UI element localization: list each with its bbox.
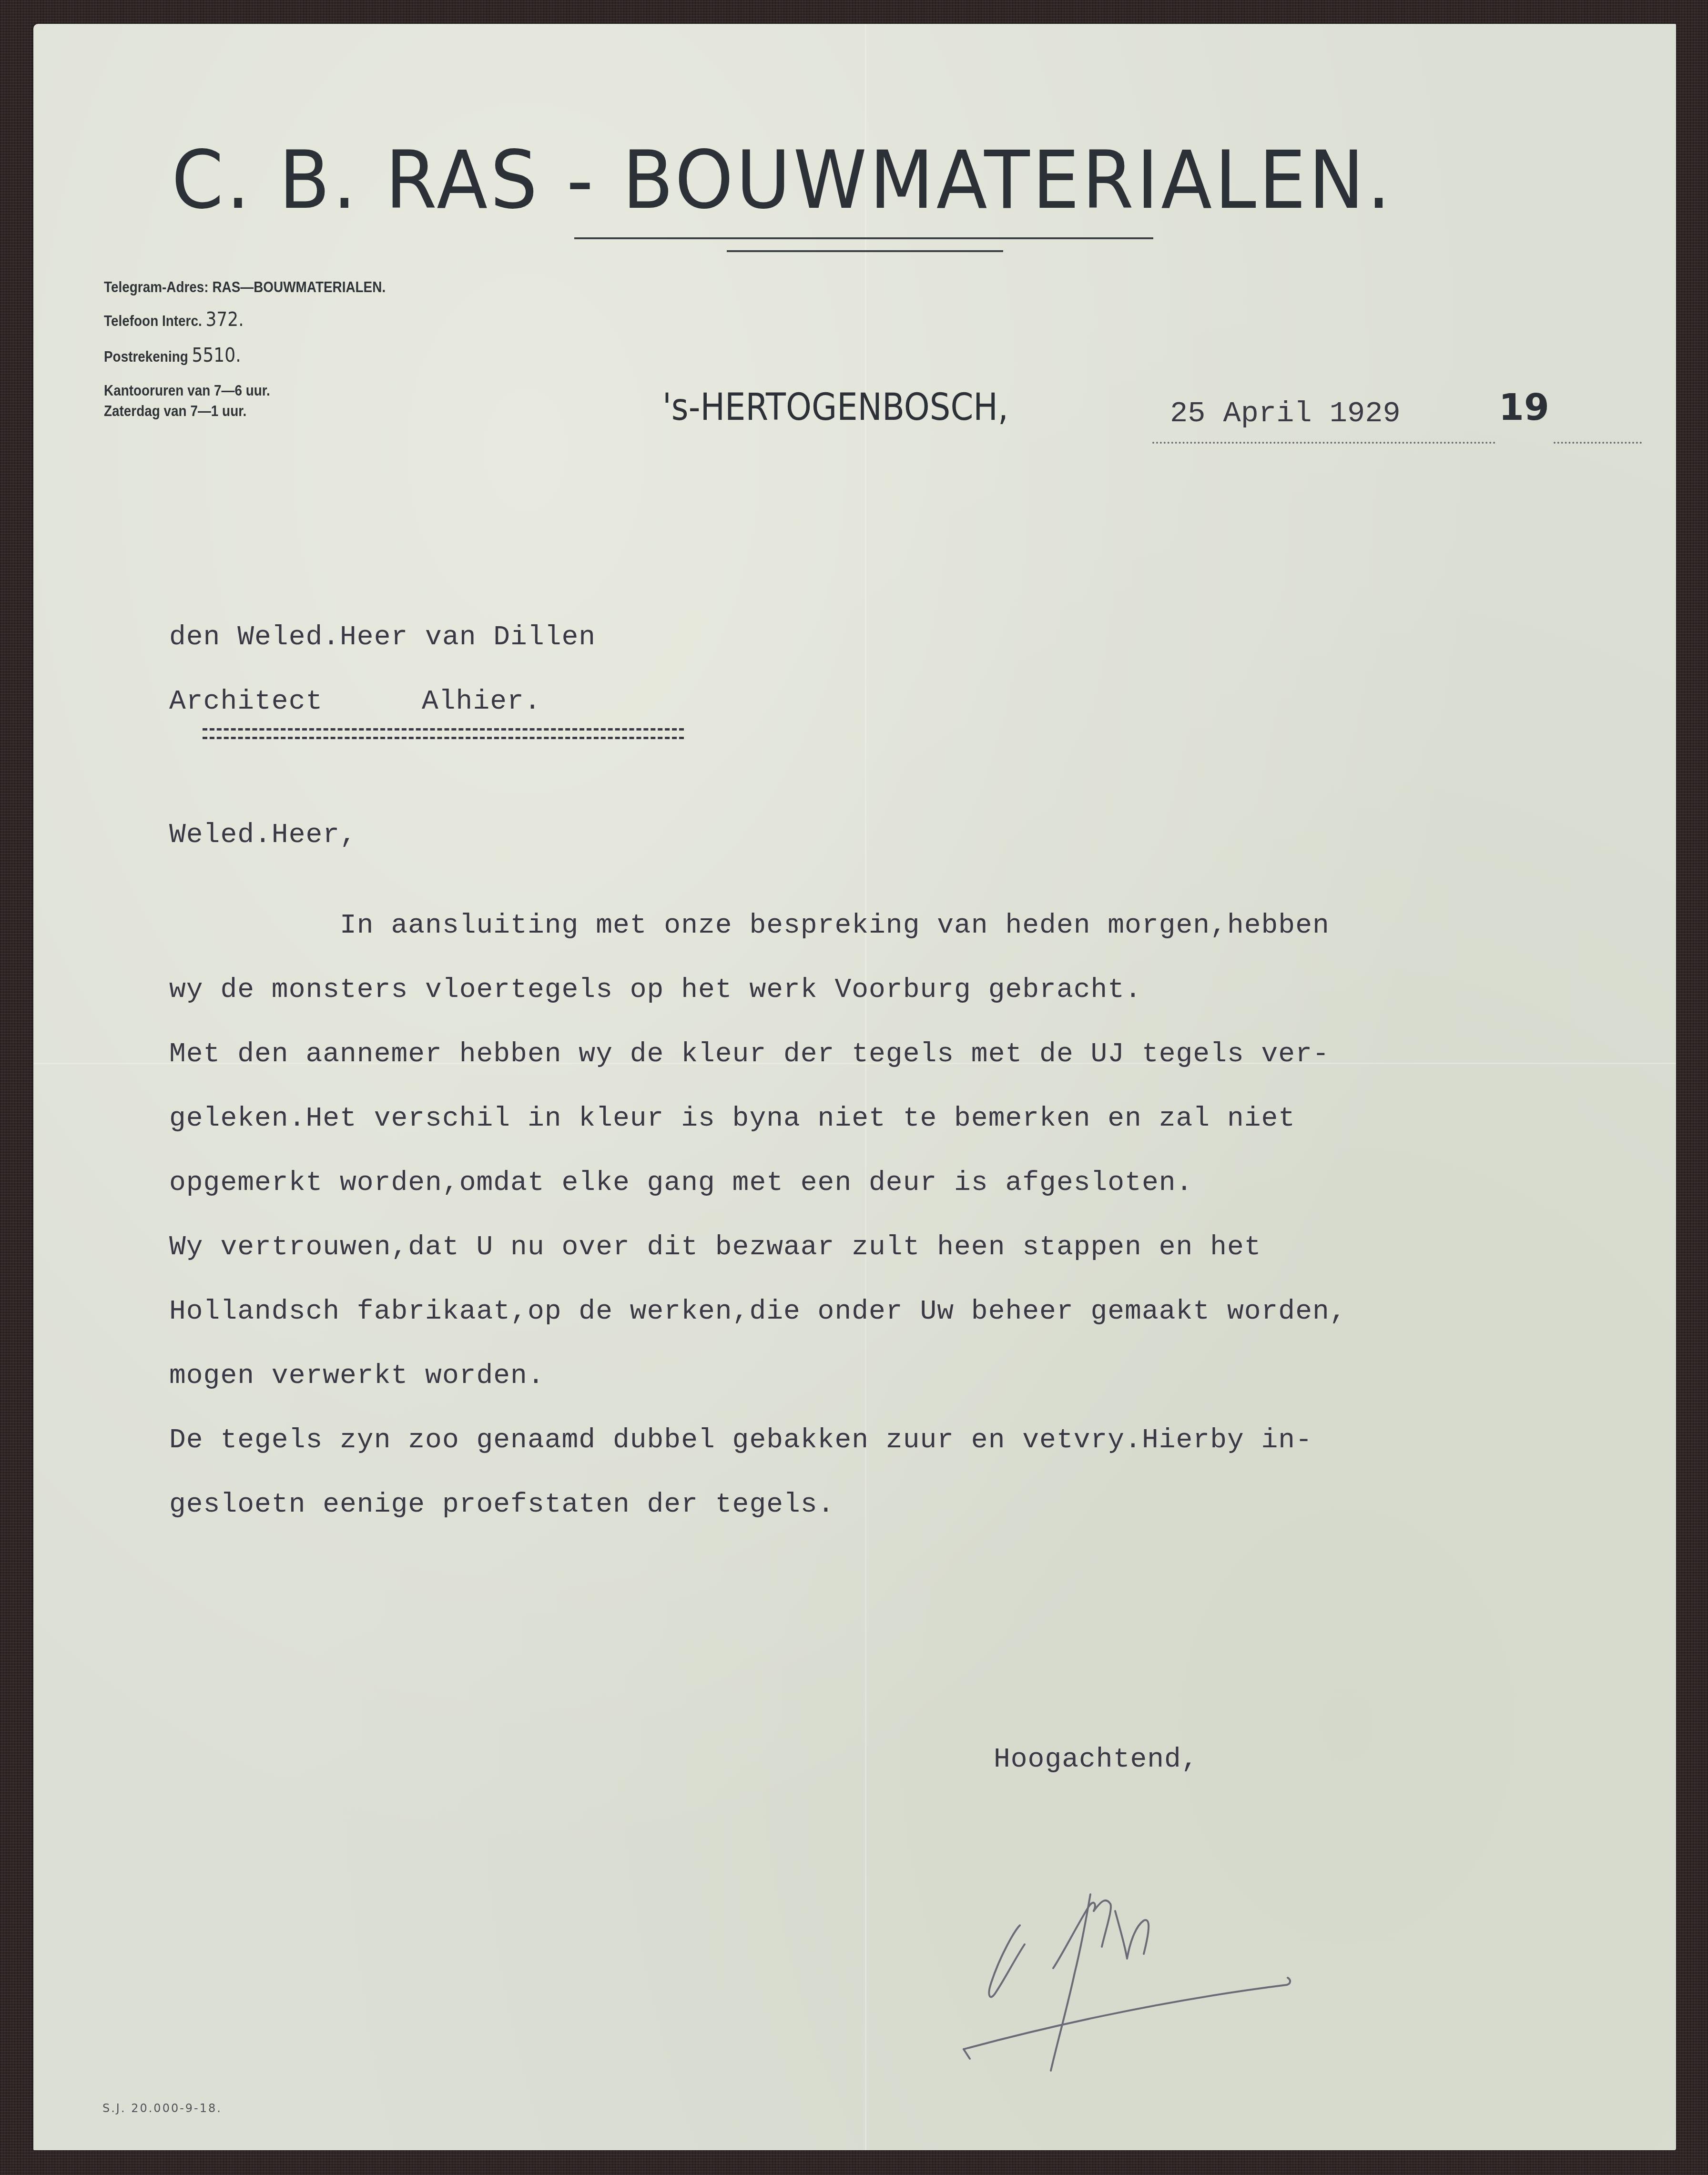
body-line: De tegels zyn zoo genaamd dubbel gebakke… [169, 1425, 1312, 1456]
phone-label: Telefoon Interc. [104, 313, 202, 329]
telegram-label: Telegram-Adres: [104, 279, 209, 295]
closing: Hoogachtend, [994, 1744, 1199, 1775]
company-letterhead-title: C. B. RAS - BOUWMATERIALEN. [172, 133, 1457, 227]
body-line: mogen verwerkt worden. [169, 1361, 545, 1392]
office-hours-saturday: Zaterdag van 7—1 uur. [104, 403, 246, 420]
recipient-name: den Weled.Heer van Dillen [169, 622, 596, 653]
body-line: In aansluiting met onze bespreking van h… [169, 910, 1330, 941]
city-name: 's-HERTOGENBOSCH, [662, 386, 1008, 429]
typed-date: 25 April 1929 [1170, 396, 1401, 430]
recipient-title: Architect [169, 686, 323, 717]
recipient-double-underline-top [203, 728, 684, 731]
print-footer-code: S.J. 20.000-9-18. [102, 2102, 222, 2115]
letterhead-rule-short [727, 250, 1003, 252]
body-line: Wy vertrouwen,dat U nu over dit bezwaar … [169, 1232, 1261, 1263]
letter-paper: C. B. RAS - BOUWMATERIALEN. Telegram-Adr… [33, 24, 1676, 2150]
telegram-value: RAS—BOUWMATERIALEN. [212, 279, 386, 295]
body-line: opgemerkt worden,omdat elke gang met een… [169, 1168, 1193, 1199]
body-line: geleken.Het verschil in kleur is byna ni… [169, 1103, 1295, 1134]
body-line: Hollandsch fabrikaat,op de werken,die on… [169, 1296, 1347, 1327]
body-line: Met den aannemer hebben wy de kleur der … [169, 1039, 1330, 1070]
postal-label: Postrekening [104, 348, 188, 365]
date-dotted-line [1152, 442, 1495, 444]
letterhead-rule-long [574, 237, 1153, 239]
telephone-info: Telefoon Interc. 372. [104, 309, 244, 331]
postal-value: 5510. [192, 345, 241, 366]
recipient-double-underline-bottom [203, 737, 684, 739]
phone-value: 372. [205, 309, 244, 331]
telegram-address: Telegram-Adres: RAS—BOUWMATERIALEN. [104, 279, 386, 296]
salutation: Weled.Heer, [169, 820, 357, 851]
printed-year-prefix: 19 [1499, 386, 1549, 428]
date-dotted-line-end [1554, 442, 1642, 444]
body-line: wy de monsters vloertegels op het werk V… [169, 975, 1142, 1006]
handwritten-signature [963, 1849, 1296, 2078]
postal-account-info: Postrekening 5510. [104, 345, 241, 366]
recipient-place: Alhier. [422, 686, 541, 717]
fold-crease-vertical [865, 24, 866, 2150]
body-line: gesloetn eenige proefstaten der tegels. [169, 1489, 834, 1520]
office-hours-weekday: Kantooruren van 7—6 uur. [104, 382, 270, 399]
